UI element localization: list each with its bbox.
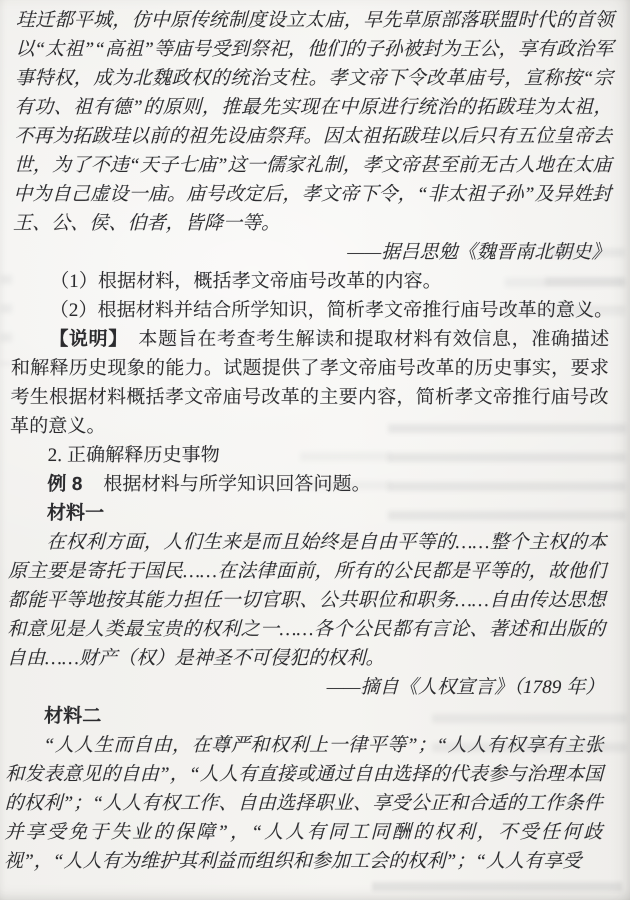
scanned-book-page: 珪迁都平城，仿中原传统制度设立太庙，早先草原部落联盟时代的首领以“太祖”“高祖”… xyxy=(0,0,630,900)
example-text: 根据材料与所学知识回答问题。 xyxy=(103,474,371,495)
question-1: （1）根据材料，概括孝文帝庙号改革的内容。 xyxy=(12,267,610,296)
material-one-label: 材料一 xyxy=(9,499,607,528)
note-paragraph: 【说明】本题旨在考查考生解读和提取材料有效信息，准确描述和解释历史现象的能力。试… xyxy=(10,325,610,441)
section-heading: 2. 正确解释历史事物 xyxy=(10,441,608,470)
note-label: 【说明】 xyxy=(49,329,128,350)
material-one-text: 在权利方面，人们生来是而且始终是自由平等的……整个主权的本原主要是寄托于国民……… xyxy=(7,528,607,673)
material-two-text: “人人生而自由，在尊严和权利上一律平等”；“人人有权享有主张和发表意见的自由”，… xyxy=(4,731,604,876)
source-citation-1: ——据吕思勉《魏晋南北朝史》 xyxy=(12,238,610,267)
example-label: 例 8 xyxy=(47,474,82,495)
example-paragraph: 例 8根据材料与所学知识回答问题。 xyxy=(9,470,607,499)
source-citation-2: ——摘自《人权宣言》（1789 年） xyxy=(6,673,604,702)
scan-bleed-artifact xyxy=(372,882,622,898)
material-two-label: 材料二 xyxy=(6,702,604,731)
material-continuation-paragraph: 珪迁都平城，仿中原传统制度设立太庙，早先草原部落联盟时代的首领以“太祖”“高祖”… xyxy=(13,6,614,238)
page-text-block: 珪迁都平城，仿中原传统制度设立太庙，早先草原部落联盟时代的首领以“太祖”“高祖”… xyxy=(4,6,614,876)
question-2: （2）根据材料并结合所学知识，简析孝文帝推行庙号改革的意义。 xyxy=(12,296,610,325)
